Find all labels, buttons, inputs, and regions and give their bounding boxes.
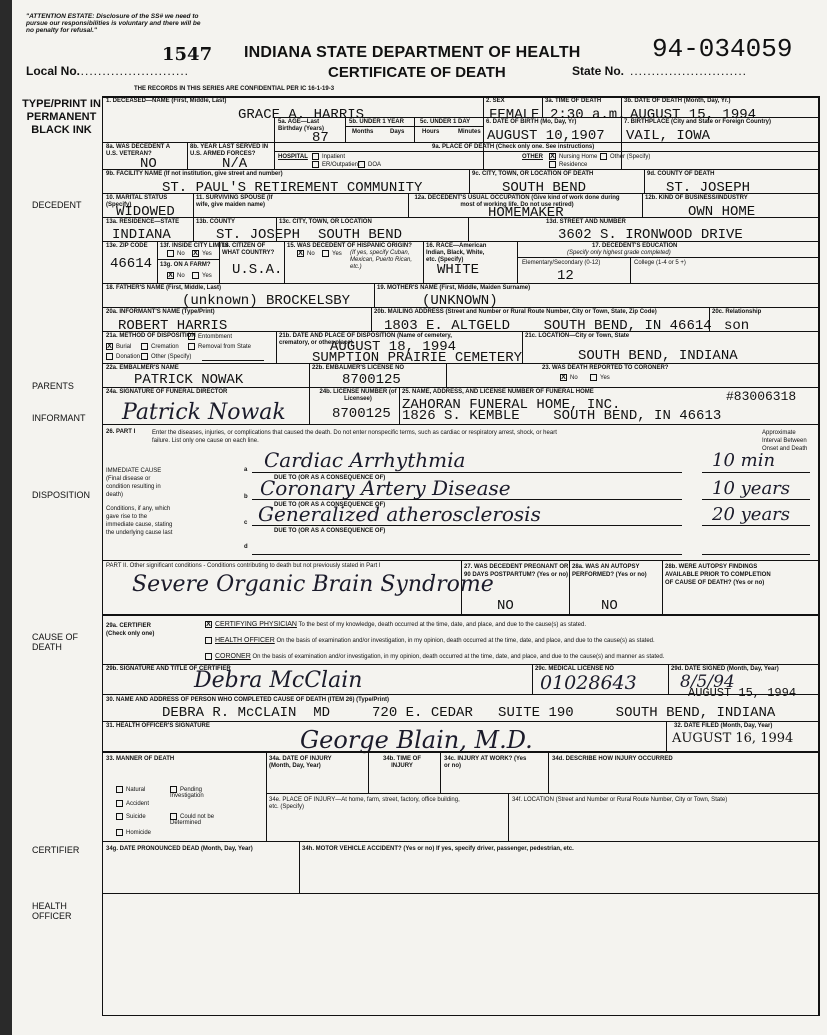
confidential-notice: THE RECORDS IN THIS SERIES ARE CONFIDENT… — [134, 86, 334, 93]
residence-checkbox[interactable]: Residence — [549, 161, 587, 168]
citizen-label: 14. CITIZEN OF WHAT COUNTRY? — [222, 243, 282, 257]
citizen-country[interactable]: U.S.A. — [232, 262, 282, 278]
education-note: (Specify only highest grade completed) — [567, 250, 671, 257]
cause-c-letter: c — [244, 520, 247, 527]
manner-natural-checkbox[interactable]: Natural — [116, 786, 145, 793]
embalmer-license[interactable]: 8700125 — [342, 372, 401, 388]
section-label-disposition: DISPOSITION — [32, 490, 90, 500]
coroner-label: 23. WAS DEATH REPORTED TO CORONER? — [542, 365, 668, 372]
funeral-home-address[interactable]: 1826 S. KEMBLE SOUTH BEND, IN 46613 — [402, 408, 721, 424]
section-label-cause-of-death: CAUSE OF DEATH — [32, 632, 92, 652]
cause-b[interactable]: Coronary Artery Disease — [260, 476, 511, 500]
part1-instructions: Enter the diseases, injuries, or complic… — [152, 429, 572, 445]
due-to-c: DUE TO (OR AS A CONSEQUENCE OF) — [274, 528, 385, 535]
section-label-health-officer: HEALTH OFFICER — [32, 901, 82, 921]
director-signature[interactable]: Patrick Nowak — [122, 400, 286, 425]
under1year-label: 5b. UNDER 1 YEAR — [349, 119, 404, 126]
on-farm-yes-checkbox[interactable]: Yes — [192, 272, 212, 279]
birthplace-label: 7. BIRTHPLACE (City and State or Foreign… — [624, 119, 771, 126]
section-label-informant: INFORMANT — [32, 413, 86, 423]
other-label: OTHER — [522, 154, 543, 161]
cause-a[interactable]: Cardiac Arrhythmia — [264, 448, 465, 472]
conditions-label: Conditions, if any, which gave rise to t… — [106, 505, 176, 537]
completer-name-address[interactable]: DEBRA R. McCLAIN MD 720 E. CEDAR SUITE 1… — [162, 705, 775, 721]
pregnant-value[interactable]: NO — [497, 598, 514, 614]
age-label: 5a. AGE—Last Birthday (Years) — [278, 119, 338, 133]
sex-label: 2. SEX — [486, 98, 505, 105]
er-outpatient-checkbox[interactable]: ER/Outpatient — [312, 161, 360, 168]
injury-at-work-label: 34c. INJURY AT WORK? (Yes or no) — [444, 756, 534, 770]
father-label: 18. FATHER'S NAME (First, Middle, Last) — [106, 285, 221, 292]
hispanic-note: (If yes, specify Cuban, Mexican, Puerto … — [350, 250, 420, 271]
funeral-home-license[interactable]: #83006318 — [726, 389, 796, 404]
completer-label: 30. NAME AND ADDRESS OF PERSON WHO COMPL… — [106, 697, 389, 704]
edu-elementary[interactable]: 12 — [557, 268, 574, 284]
disposition-method-label: 21a. METHOD OF DISPOSITION — [106, 333, 196, 340]
education-label: 17. DECEDENT'S EDUCATION — [592, 243, 677, 250]
state-no-dots: ........................... — [630, 64, 747, 78]
health-officer-signature-label: 31. HEALTH OFFICER'S SIGNATURE — [106, 723, 210, 730]
on-farm-label: 13g. ON A FARM? — [160, 262, 211, 269]
city-of-death-label: 9c. CITY, TOWN, OR LOCATION OF DEATH — [472, 171, 593, 178]
coroner-no-checkbox[interactable]: XNo — [560, 374, 578, 381]
name-label: 1. DECEASED—NAME (First, Middle, Last) — [106, 98, 226, 105]
nursing-home-checkbox[interactable]: XNursing Home — [549, 153, 597, 160]
funeral-home-label: 25. NAME, ADDRESS, AND LICENSE NUMBER OF… — [402, 389, 594, 396]
injury-location-label: 34f. LOCATION (Street and Number or Rura… — [512, 797, 727, 804]
health-officer-signature[interactable]: George Blain, M.D. — [300, 726, 533, 754]
under1day-label: 5c. UNDER 1 DAY — [420, 119, 470, 126]
race-label: 16. RACE—American Indian, Black, White, … — [426, 243, 496, 264]
section-label-decedent: DECEDENT — [32, 200, 82, 210]
business-label: 12b. KIND OF BUSINESS/INDUSTRY — [645, 195, 748, 202]
donation-checkbox[interactable]: Donation — [106, 353, 140, 360]
inpatient-checkbox[interactable]: Inpatient — [312, 153, 345, 160]
zip-label: 13e. ZIP CODE — [106, 243, 148, 250]
date-filed[interactable]: AUGUST 16, 1994 — [672, 731, 793, 746]
mother-label: 19. MOTHER'S NAME (First, Middle, Maiden… — [377, 285, 530, 292]
minutes-label: Minutes — [458, 129, 481, 136]
pronounced-dead-label: 34g. DATE PRONOUNCED DEAD (Month, Day, Y… — [106, 846, 253, 853]
director-license[interactable]: 8700125 — [332, 406, 391, 422]
local-no-dots: ........................... — [72, 64, 189, 78]
place-of-death-label: 9a. PLACE OF DEATH (Check only one. See … — [432, 144, 594, 151]
certifier-signature[interactable]: Debra McClain — [194, 668, 362, 693]
autopsy-label: 28a. WAS AN AUTOPSY PERFORMED? (Yes or n… — [572, 563, 657, 579]
cremation-checkbox[interactable]: Cremation — [141, 343, 179, 350]
injury-place-label: 34e. PLACE OF INJURY—At home, farm, stre… — [269, 797, 469, 811]
days-label: Days — [390, 129, 404, 136]
disposition-location-label: 21c. LOCATION—City or Town, State — [525, 333, 629, 340]
state-no-label: State No. — [572, 64, 624, 78]
pregnant-label: 27. WAS DECEDENT PREGNANT OR 90 DAYS POS… — [464, 563, 569, 579]
attention-notice: "ATTENTION ESTATE: Disclosure of the SS#… — [26, 13, 206, 34]
facility-label: 9b. FACILITY NAME (If not institution, g… — [106, 171, 283, 178]
hispanic-yes-checkbox[interactable]: Yes — [322, 250, 342, 257]
section-label-certifier: CERTIFIER — [32, 845, 79, 855]
manner-label: 33. MANNER OF DEATH — [106, 756, 174, 763]
residence-county-label: 13b. COUNTY — [196, 219, 235, 226]
hospital-label: HOSPITAL — [278, 154, 308, 161]
date-of-death-label: 3b. DATE OF DEATH (Month, Day, Yr.) — [624, 98, 731, 105]
medical-license[interactable]: 01028643 — [540, 672, 637, 694]
interval-a[interactable]: 10 min — [712, 450, 775, 471]
removal-checkbox[interactable]: Removal from State — [188, 343, 251, 350]
autopsy-value[interactable]: NO — [601, 598, 618, 614]
immediate-cause-label: IMMEDIATE CAUSE (Final disease or condit… — [106, 467, 176, 499]
injury-date-label: 34a. DATE OF INJURY (Month, Day, Year) — [269, 756, 349, 770]
race[interactable]: WHITE — [437, 262, 479, 278]
residence-city-label: 13c. CITY, TOWN, OR LOCATION — [279, 219, 372, 226]
certifier-option-physician[interactable]: XCERTIFYING PHYSICIAN To the best of my … — [205, 621, 586, 628]
license-label: 24b. LICENSE NUMBER (of Licensee) — [318, 389, 398, 403]
county-of-death-label: 9d. COUNTY OF DEATH — [647, 171, 714, 178]
embalmer-license-label: 22b. EMBALMER'S LICENSE NO — [312, 365, 404, 372]
department-name: INDIANA STATE DEPARTMENT OF HEALTH — [244, 44, 581, 62]
coroner-yes-checkbox[interactable]: Yes — [590, 374, 610, 381]
cause-b-letter: b — [244, 494, 248, 501]
embalmer-label: 22a. EMBALMER'S NAME — [106, 365, 179, 372]
cause-c[interactable]: Generalized atherosclerosis — [258, 502, 541, 526]
part2-conditions[interactable]: Severe Organic Brain Syndrome — [132, 572, 494, 597]
hours-label: Hours — [422, 129, 439, 136]
disposition-location[interactable]: SOUTH BEND, INDIANA — [578, 348, 738, 364]
manner-undetermined-checkbox[interactable]: Could not be Determined — [170, 813, 230, 826]
injury-describe-label: 34d. DESCRIBE HOW INJURY OCCURRED — [552, 756, 673, 763]
date-filed-label: 32. DATE FILED (Month, Day, Year) — [674, 723, 772, 730]
manner-accident-checkbox[interactable]: Accident — [116, 800, 149, 807]
residence-street-label: 13d. STREET AND NUMBER — [546, 219, 626, 226]
age-value[interactable]: 87 — [312, 130, 329, 146]
entombment-checkbox[interactable]: Entombment — [188, 333, 232, 340]
hispanic-no-checkbox[interactable]: XNo — [297, 250, 315, 257]
spouse-label: 11. SURVIVING SPOUSE (If wife, give maid… — [196, 195, 286, 209]
cause-d-letter: d — [244, 544, 248, 551]
time-of-death-label: 3a. TIME OF DEATH — [545, 98, 601, 105]
date-signed-typed[interactable]: AUGUST 15, 1994 — [688, 686, 796, 700]
state-no-value: 94-034059 — [652, 34, 792, 64]
certifier-label: 29a. CERTIFIER (Check only one) — [106, 622, 156, 638]
section-label-parents: PARENTS — [32, 381, 74, 391]
edu-college-label: College (1-4 or 5 +) — [634, 260, 686, 267]
other-specify-checkbox[interactable]: Other (Specify) — [600, 153, 650, 160]
manner-suicide-checkbox[interactable]: Suicide — [116, 813, 146, 820]
burial-checkbox[interactable]: XBurial — [106, 343, 131, 350]
motor-vehicle-label: 34h. MOTOR VEHICLE ACCIDENT? (Yes or no)… — [302, 846, 574, 853]
interval-b[interactable]: 10 years — [712, 478, 790, 499]
certificate-title: CERTIFICATE OF DEATH — [328, 64, 506, 81]
local-no-value: 1547 — [162, 44, 212, 65]
other-disposition-checkbox[interactable]: Other (Specify) — [141, 353, 191, 360]
death-certificate: "ATTENTION ESTATE: Disclosure of the SS#… — [12, 0, 827, 1035]
interval-c[interactable]: 20 years — [712, 504, 790, 525]
city-limits-yes-checkbox[interactable]: XYes — [192, 250, 212, 257]
residence-state-label: 13a. RESIDENCE—STATE — [106, 219, 179, 226]
autopsy-findings-label: 28b. WERE AUTOPSY FINDINGS AVAILABLE PRI… — [665, 563, 775, 587]
part2-label: PART II. Other significant conditions - … — [106, 563, 380, 570]
cause-a-letter: a — [244, 467, 247, 474]
edu-elementary-label: Elementary/Secondary (0-12) — [522, 260, 600, 267]
zip-code[interactable]: 46614 — [110, 256, 152, 272]
certifier-option-health-officer[interactable]: HEALTH OFFICER On the basis of examinati… — [205, 637, 655, 644]
dob-label: 6. DATE OF BIRTH (Mo, Day, Yr) — [486, 119, 576, 126]
hispanic-label: 15. WAS DECEDENT OF HISPANIC ORIGIN? — [287, 243, 412, 250]
director-signature-label: 24a. SIGNATURE OF FUNERAL DIRECTOR — [106, 389, 227, 396]
months-label: Months — [352, 129, 373, 136]
doa-checkbox[interactable]: DOA — [358, 161, 381, 168]
type-print-instruction: TYPE/PRINT IN PERMANENT BLACK INK — [14, 98, 109, 137]
certifier-option-coroner[interactable]: CORONER On the basis of examination and/… — [205, 653, 664, 660]
part1-label: 26. PART I — [106, 429, 135, 436]
informant-address-label: 20b. MAILING ADDRESS (Street and Number … — [374, 309, 657, 316]
city-limits-no-checkbox[interactable]: No — [167, 250, 185, 257]
injury-time-label: 34b. TIME OF INJURY — [372, 756, 432, 770]
informant-name-label: 20a. INFORMANT'S NAME (Type/Print) — [106, 309, 215, 316]
embalmer-name[interactable]: PATRICK NOWAK — [134, 372, 243, 388]
manner-pending-checkbox[interactable]: Pending Investigation — [170, 786, 230, 799]
on-farm-no-checkbox[interactable]: XNo — [167, 272, 185, 279]
manner-homicide-checkbox[interactable]: Homicide — [116, 829, 151, 836]
relationship-label: 20c. Relationship — [712, 309, 761, 316]
